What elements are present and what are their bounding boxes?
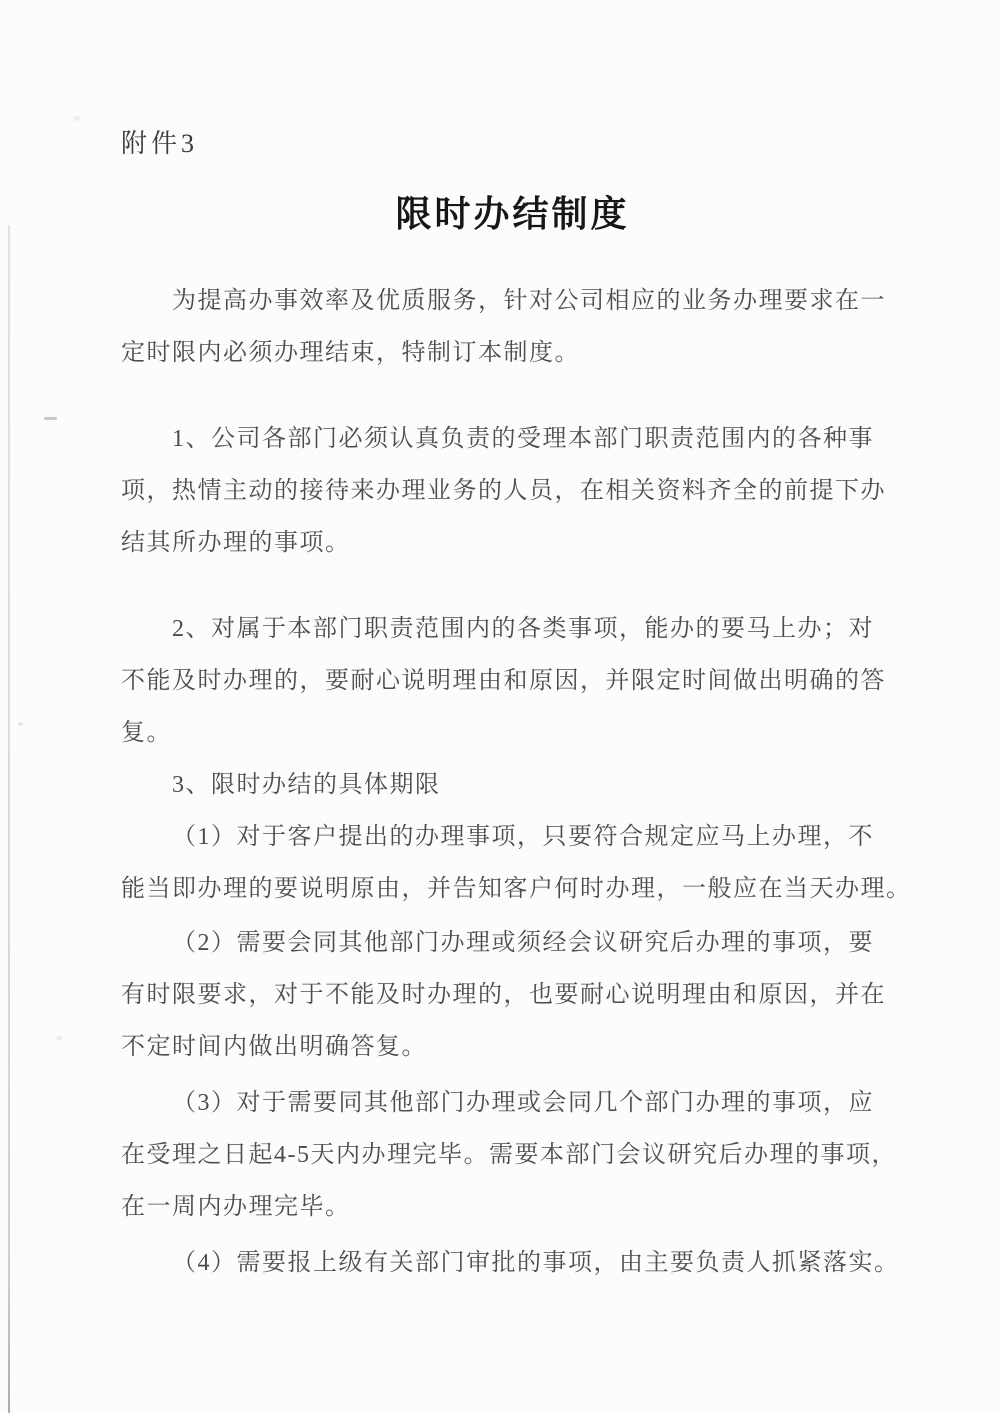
text-line: 结其所办理的事项。 — [121, 517, 904, 569]
paragraph-item-1: 1、公司各部门必须认真负责的受理本部门职责范围内的各种事 项，热情主动的接待来办… — [121, 413, 904, 569]
text-line: 定时限内必须办理结束，特制订本制度。 — [121, 327, 904, 379]
paragraph-sub-2: （2）需要会同其他部门办理或须经会议研究后办理的事项，要 有时限要求，对于不能及… — [121, 917, 904, 1073]
text-line: 能当即办理的要说明原由，并告知客户何时办理，一般应在当天办理。 — [121, 863, 904, 915]
scan-speck — [74, 116, 80, 121]
paragraph-item-2: 2、对属于本部门职责范围内的各类事项，能办的要马上办；对 不能及时办理的，要耐心… — [121, 603, 904, 759]
scan-dash-mark — [44, 417, 57, 420]
paragraph-sub-1: （1）对于客户提出的办理事项，只要符合规定应马上办理，不 能当即办理的要说明原由… — [121, 811, 904, 915]
scan-edge-line — [8, 225, 10, 1413]
text-line: 在受理之日起4-5天内办理完毕。需要本部门会议研究后办理的事项， — [121, 1129, 904, 1181]
text-line: （4）需要报上级有关部门审批的事项，由主要负责人抓紧落实。 — [121, 1237, 904, 1289]
paragraph-sub-3: （3）对于需要同其他部门办理或会同几个部门办理的事项，应 在受理之日起4-5天内… — [121, 1077, 904, 1233]
text-line: 有时限要求，对于不能及时办理的，也要耐心说明理由和原因，并在 — [121, 969, 904, 1021]
text-line: 项，热情主动的接待来办理业务的人员，在相关资料齐全的前提下办 — [121, 465, 904, 517]
document-title: 限时办结制度 — [121, 192, 904, 236]
text-line: 为提高办事效率及优质服务，针对公司相应的业务办理要求在一 — [121, 275, 904, 327]
document-page: 附件3 限时办结制度 为提高办事效率及优质服务，针对公司相应的业务办理要求在一 … — [0, 0, 1000, 1413]
text-line: 在一周内办理完毕。 — [121, 1181, 904, 1233]
text-line: 2、对属于本部门职责范围内的各类事项，能办的要马上办；对 — [121, 603, 904, 655]
text-line: 3、限时办结的具体期限 — [121, 759, 904, 811]
text-line: （3）对于需要同其他部门办理或会同几个部门办理的事项，应 — [121, 1077, 904, 1129]
paragraph-item-3-heading: 3、限时办结的具体期限 — [121, 759, 904, 811]
scan-speck — [18, 722, 23, 726]
text-line: （1）对于客户提出的办理事项，只要符合规定应马上办理，不 — [121, 811, 904, 863]
text-line: 1、公司各部门必须认真负责的受理本部门职责范围内的各种事 — [121, 413, 904, 465]
text-line: 不定时间内做出明确答复。 — [121, 1021, 904, 1073]
paragraph-sub-4: （4）需要报上级有关部门审批的事项，由主要负责人抓紧落实。 — [121, 1237, 904, 1289]
attachment-label: 附件3 — [121, 128, 904, 160]
text-line: （2）需要会同其他部门办理或须经会议研究后办理的事项，要 — [121, 917, 904, 969]
document-body: 为提高办事效率及优质服务，针对公司相应的业务办理要求在一 定时限内必须办理结束，… — [121, 275, 904, 1289]
scan-speck — [56, 1036, 62, 1040]
paragraph-intro: 为提高办事效率及优质服务，针对公司相应的业务办理要求在一 定时限内必须办理结束，… — [121, 275, 904, 379]
text-line: 复。 — [121, 707, 904, 759]
text-line: 不能及时办理的，要耐心说明理由和原因，并限定时间做出明确的答 — [121, 655, 904, 707]
